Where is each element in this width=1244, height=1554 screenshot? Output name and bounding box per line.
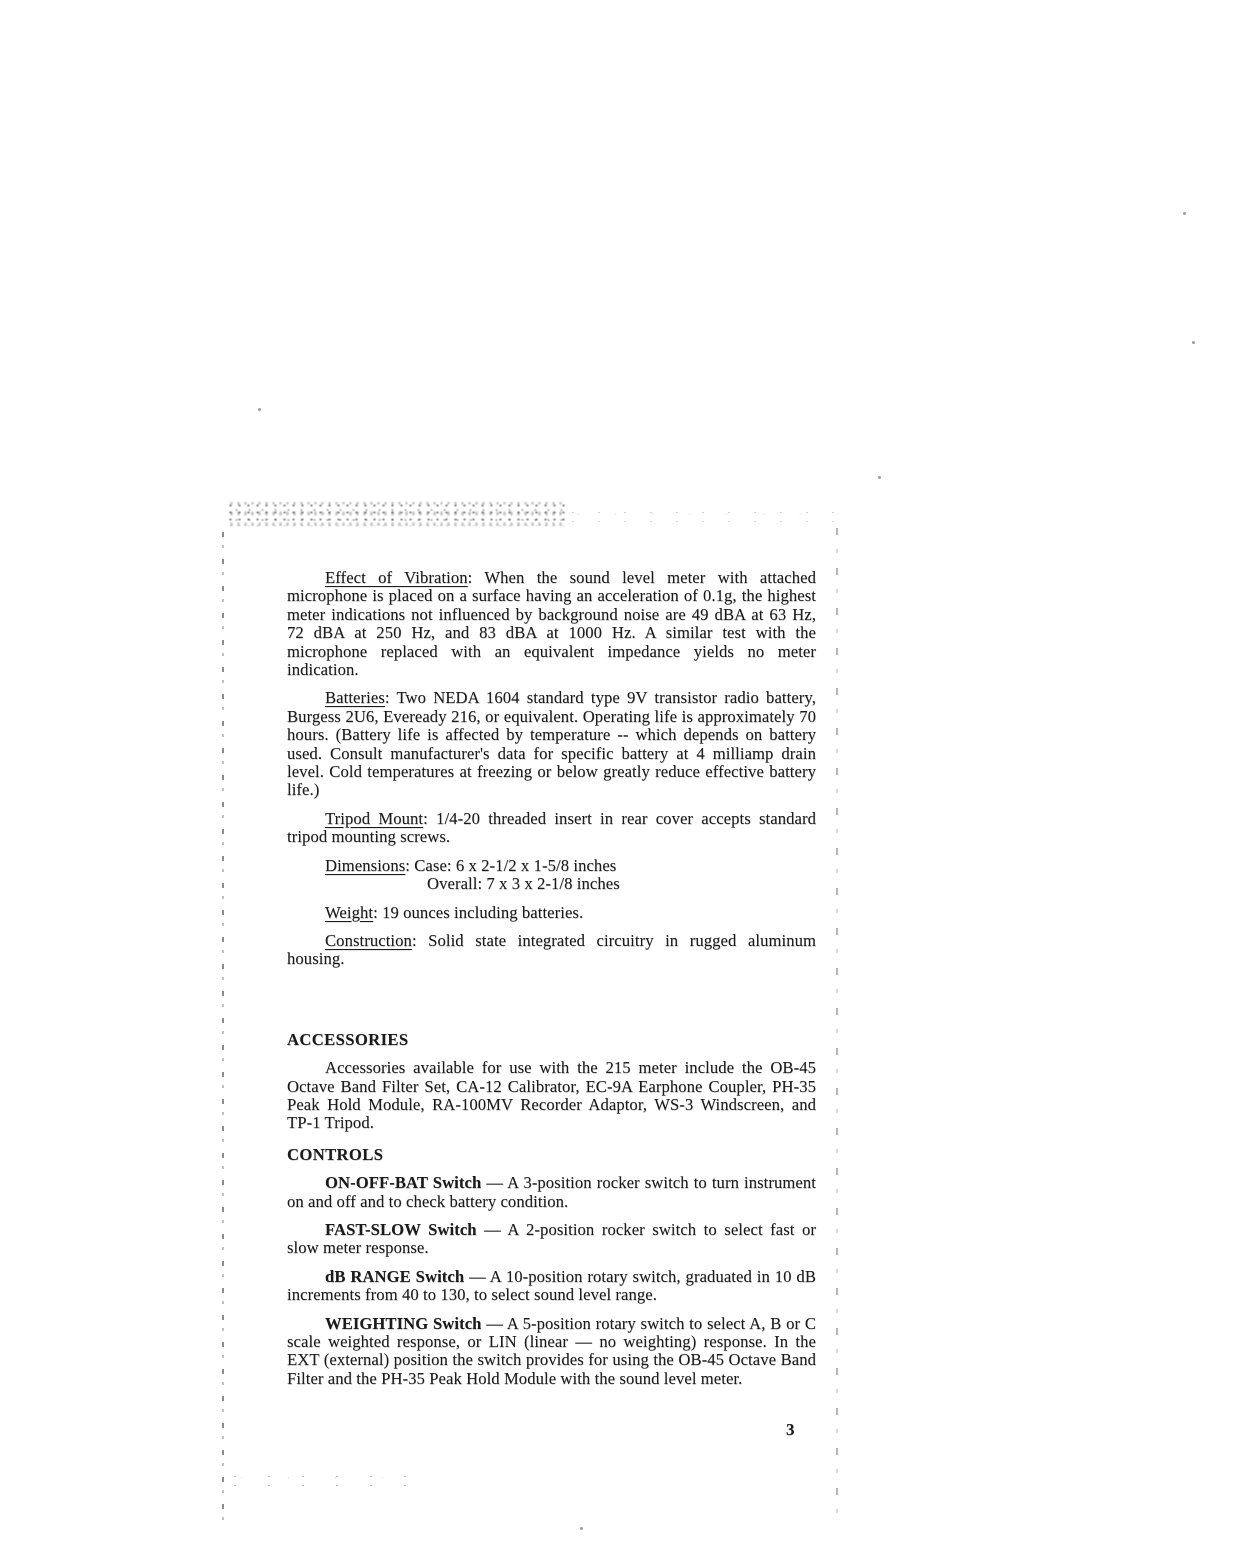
page-edge-left [222,532,224,1530]
lead-label: Effect of Vibration [325,568,468,587]
control-item-weighting: WEIGHTING Switch — A 5-position rotary s… [287,1315,816,1389]
lead-label: Dimensions [325,856,405,875]
lead-label: Tripod Mount [325,809,423,828]
section-heading-accessories: ACCESSORIES [287,1031,816,1049]
noise-speck [258,408,261,411]
paragraph-text: Overall: 7 x 3 x 2-1/8 inches [427,874,620,893]
dimensions-case-line: Dimensions: Case: 6 x 2-1/2 x 1-5/8 inch… [287,857,816,875]
control-term: ON-OFF-BAT Switch [325,1173,481,1192]
scan-noise-smudge-faint [560,508,840,524]
page-edge-right [836,528,838,1528]
paragraph-batteries: Batteries: Two NEDA 1604 standard type 9… [287,689,816,799]
control-item-fast-slow: FAST-SLOW Switch — A 2-position rocker s… [287,1221,816,1258]
lead-label: Weight [325,903,373,922]
paragraph-text: Accessories available for use with the 2… [287,1058,816,1132]
control-term: dB RANGE Switch [325,1267,464,1286]
noise-speck [1183,212,1186,215]
paragraph-text: : 19 ounces including batteries. [373,903,583,922]
paragraph-tripod-mount: Tripod Mount: 1/4-20 threaded insert in … [287,810,816,847]
page-number: 3 [786,1420,795,1440]
paragraph-construction: Construction: Solid state integrated cir… [287,932,816,969]
control-term: FAST-SLOW Switch [325,1220,477,1239]
noise-speck [1192,341,1195,344]
page-text-block: Effect of Vibration: When the sound leve… [287,569,816,1398]
scanned-manual-page: Effect of Vibration: When the sound leve… [0,0,1244,1554]
noise-speck [580,1527,583,1530]
dimensions-overall-line: Overall: 7 x 3 x 2-1/8 inches [287,875,816,893]
paragraph-dimensions: Dimensions: Case: 6 x 2-1/2 x 1-5/8 inch… [287,857,816,894]
noise-speck [878,476,881,479]
paragraph-accessories: Accessories available for use with the 2… [287,1059,816,1133]
paragraph-weight: Weight: 19 ounces including batteries. [287,904,816,922]
control-item-on-off-bat: ON-OFF-BAT Switch — A 3-position rocker … [287,1174,816,1211]
lead-label: Batteries [325,688,385,707]
paragraph-effect-of-vibration: Effect of Vibration: When the sound leve… [287,569,816,679]
control-item-db-range: dB RANGE Switch — A 10-position rotary s… [287,1268,816,1305]
section-heading-controls: CONTROLS [287,1146,816,1164]
paragraph-text: : Case: 6 x 2-1/2 x 1-5/8 inches [405,856,616,875]
scan-speckle-row [218,1472,408,1486]
control-term: WEIGHTING Switch [325,1314,482,1333]
lead-label: Construction [325,931,412,950]
scan-noise-smudge [226,502,566,526]
